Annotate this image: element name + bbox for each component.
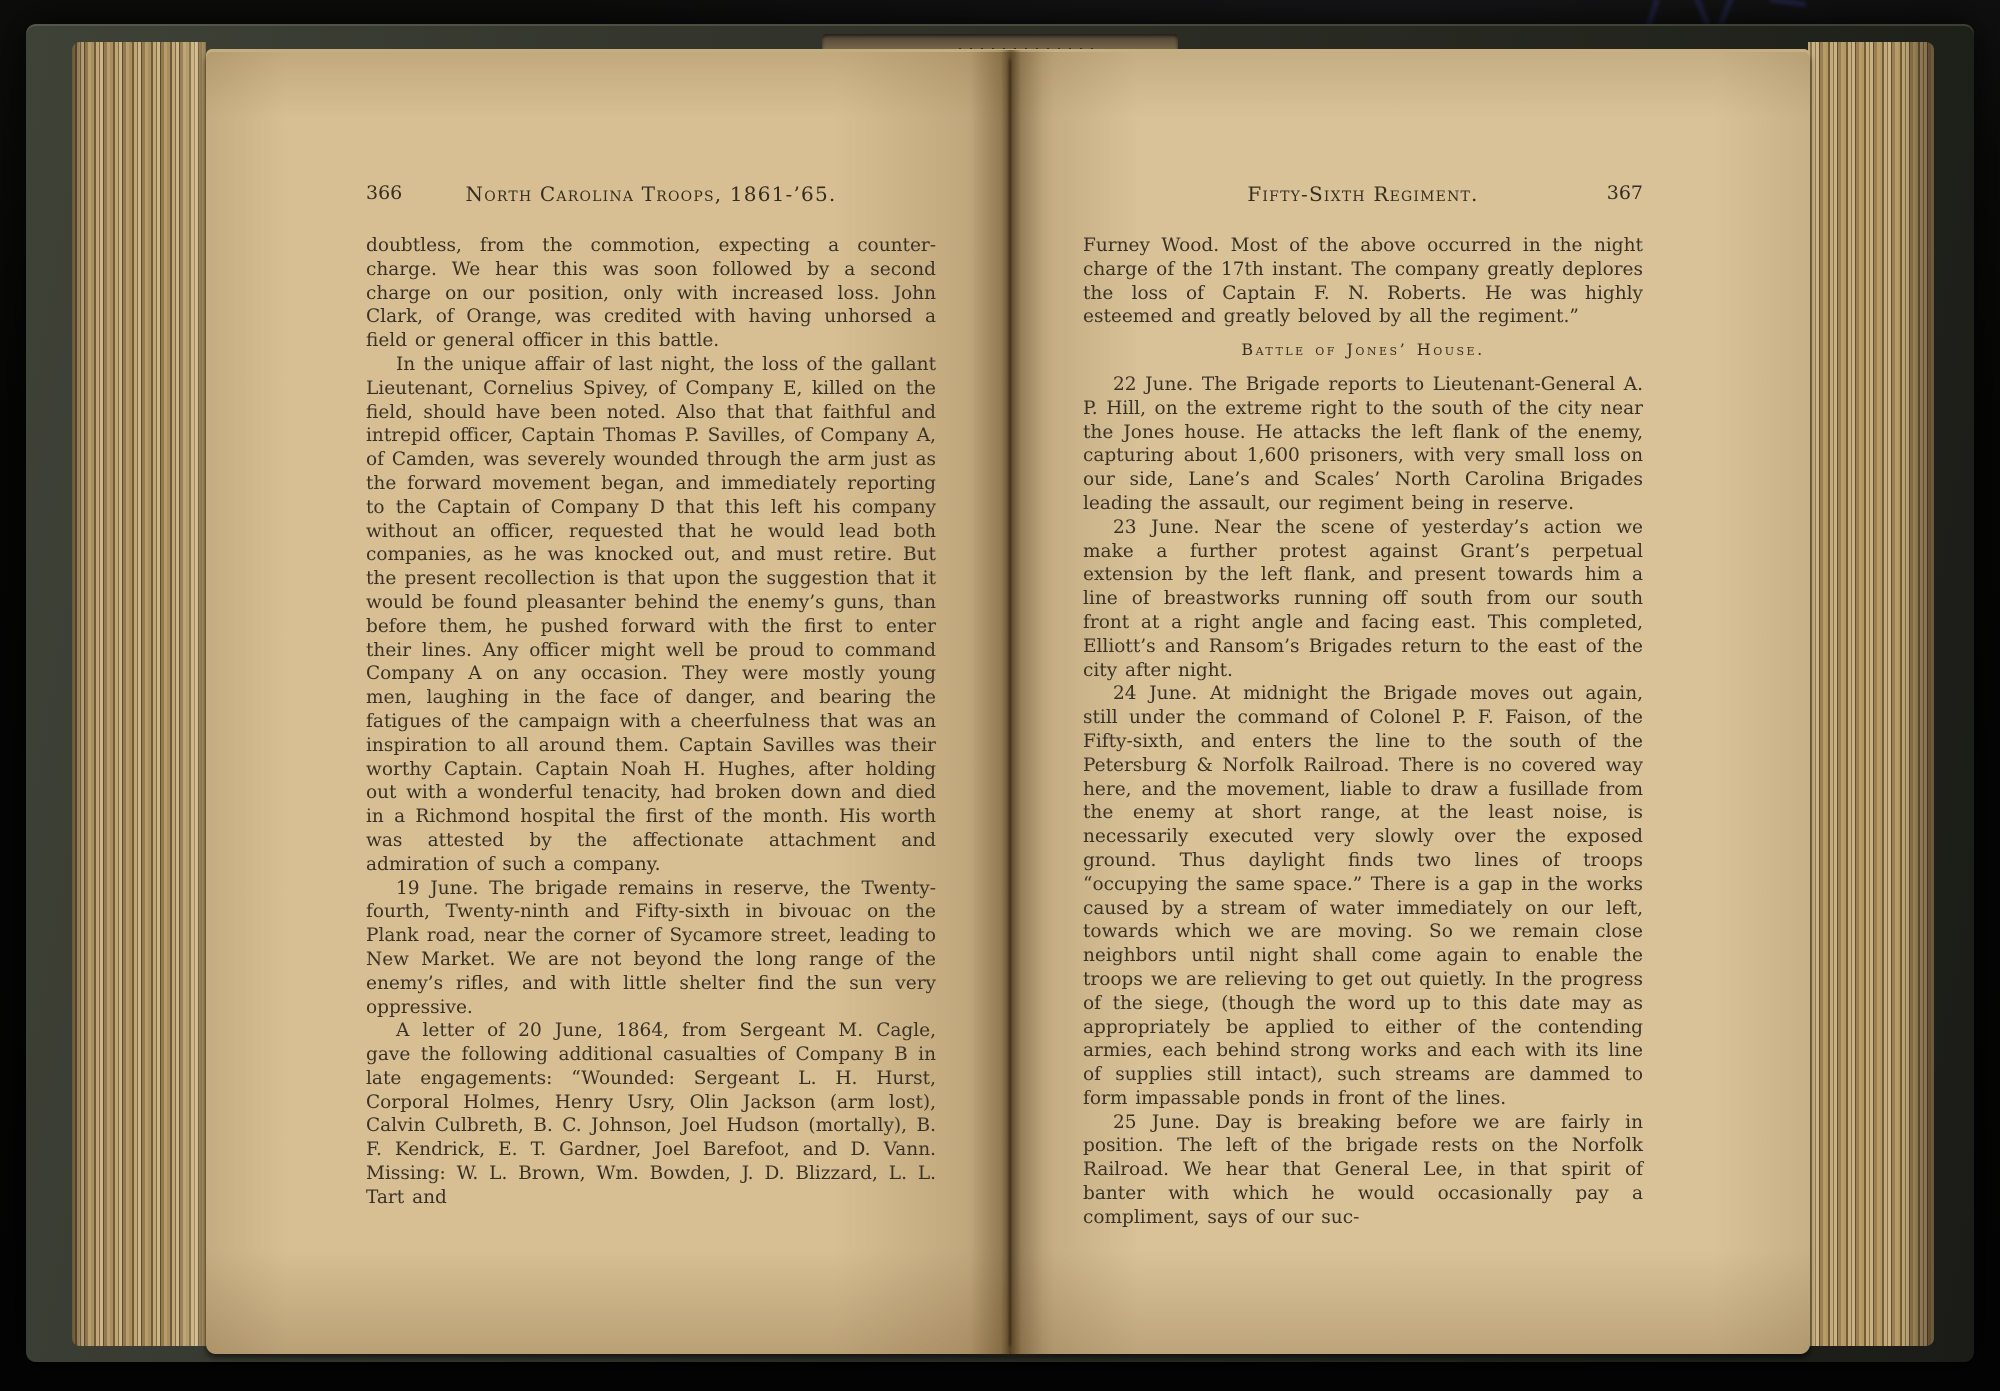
page-number-367: 367: [1607, 182, 1643, 204]
paragraph: 24 June. At midnight the Brigade moves o…: [1083, 682, 1643, 1110]
paragraph: 22 June. The Brigade reports to Lieutena…: [1083, 373, 1643, 516]
paragraph: 19 June. The brigade remains in reserve,…: [366, 877, 936, 1020]
paragraph: In the unique affair of last night, the …: [366, 353, 936, 877]
page-content-left: 366 North Carolina Troops, 1861-’65. dou…: [366, 182, 936, 1210]
running-title-left: North Carolina Troops, 1861-’65.: [366, 182, 936, 206]
page-366: 366 North Carolina Troops, 1861-’65. dou…: [206, 52, 1011, 1354]
page-edges-right: [1808, 42, 1934, 1346]
page-367: Fifty-Sixth Regiment. 367 Furney Wood. M…: [1011, 52, 1810, 1354]
page-content-right: Fifty-Sixth Regiment. 367 Furney Wood. M…: [1083, 182, 1643, 1230]
paragraph: 25 June. Day is breaking before we are f…: [1083, 1111, 1643, 1230]
book-gutter-crease: [1009, 60, 1011, 1346]
page-edges-left: [72, 42, 206, 1346]
section-heading: Battle of Jones’ House.: [1083, 338, 1643, 362]
running-header-left: 366 North Carolina Troops, 1861-’65.: [366, 182, 936, 212]
paragraph: Furney Wood. Most of the above occurred …: [1083, 234, 1643, 329]
page-number-366: 366: [366, 182, 402, 204]
paragraph: A letter of 20 June, 1864, from Sergeant…: [366, 1019, 936, 1209]
paragraph: 23 June. Near the scene of yesterday’s a…: [1083, 516, 1643, 683]
running-header-right: Fifty-Sixth Regiment. 367: [1083, 182, 1643, 212]
paragraph: doubtless, from the commotion, expecting…: [366, 234, 936, 353]
page-body-left: doubtless, from the commotion, expecting…: [366, 234, 936, 1210]
page-body-right: Furney Wood. Most of the above occurred …: [1083, 234, 1643, 1230]
running-title-right: Fifty-Sixth Regiment.: [1083, 182, 1643, 206]
